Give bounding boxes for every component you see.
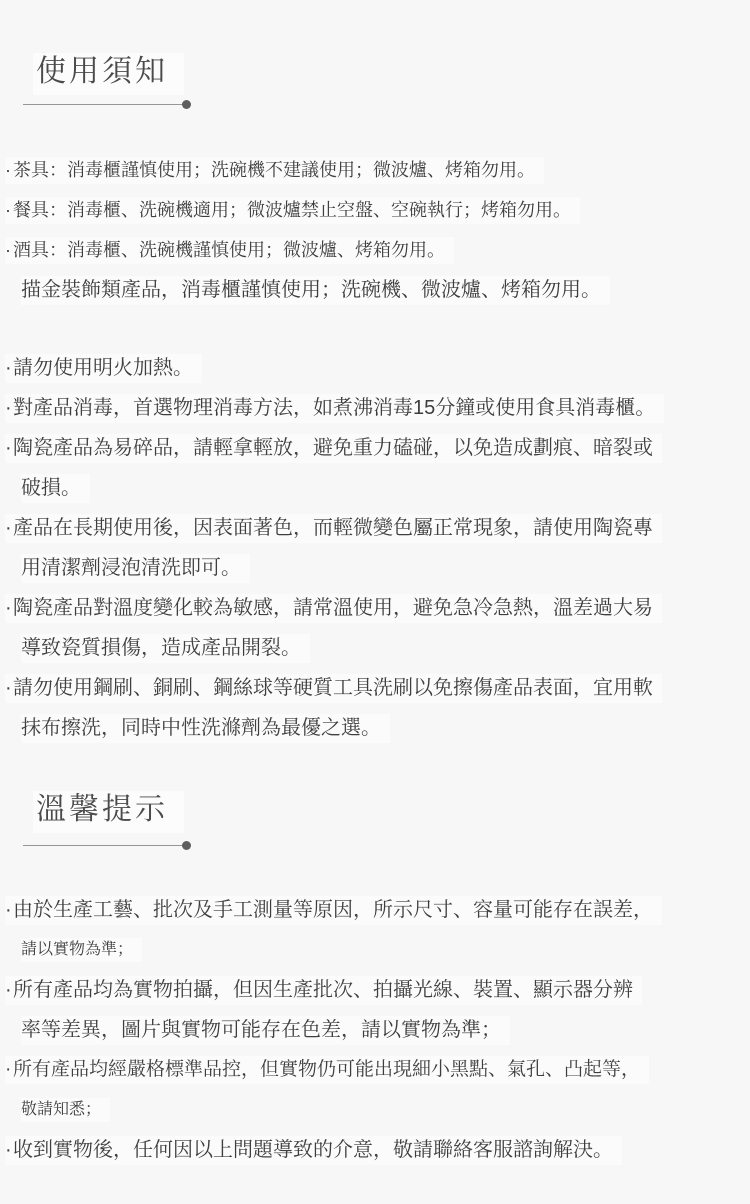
notice-text: 對產品消毒，首選物理消毒方法，如煮沸消毒15分鐘或使用食具消毒櫃。 [13, 397, 655, 419]
notice-line-temperature-cont: 導致瓷質損傷，造成產品開裂。 [0, 628, 750, 668]
notice-text: 陶瓷產品為易碎品，請輕拿輕放，避免重力磕碰，以免造成劃痕、暗裂或 [13, 437, 653, 459]
tips-section-title: 溫馨提示 [33, 791, 184, 833]
tip-line-quality-control: ·所有產品均經嚴格標準品控，但實物仍可能出現細小黑點、氣孔、凸起等， [0, 1050, 750, 1090]
tip-line-size-tolerance: ·由於生產工藝、批次及手工測量等原因，所示尺寸、容量可能存在誤差， [0, 890, 750, 930]
notice-text: 酒具：消毒櫃、洗碗機謹慎使用；微波爐、烤箱勿用。 [13, 240, 445, 260]
tip-line-color-difference: ·所有產品均為實物拍攝，但因生產批次、拍攝光線、裝置、顯示器分辨 [0, 970, 750, 1010]
notice-line-fragile: ·陶瓷產品為易碎品，請輕拿輕放，避免重力磕碰，以免造成劃痕、暗裂或 [0, 428, 750, 468]
notice-line-disinfection: ·對產品消毒，首選物理消毒方法，如煮沸消毒15分鐘或使用食具消毒櫃。 [0, 388, 750, 428]
general-care-group: ·請勿使用明火加熱。 ·對產品消毒，首選物理消毒方法，如煮沸消毒15分鐘或使用食… [0, 348, 750, 748]
notice-line-temperature: ·陶瓷產品對溫度變化較為敏感，請常溫使用，避免急冷急熱，溫差過大易 [0, 588, 750, 628]
underline-end-dot [182, 841, 191, 850]
notice-text: 請勿使用鋼刷、銅刷、鋼絲球等硬質工具洗刷以免擦傷產品表面，宜用軟 [13, 677, 653, 699]
bullet-dot: · [5, 588, 13, 628]
tip-text: 所有產品均為實物拍攝，但因生產批次、拍攝光線、裝置、顯示器分辨 [13, 979, 633, 1001]
tip-text: 請以實物為準； [21, 941, 133, 958]
notice-line-no-hard-brush-cont: 抹布擦洗，同時中性洗滌劑為最優之選。 [0, 708, 750, 748]
notice-line-no-hard-brush: ·請勿使用鋼刷、銅刷、鋼絲球等硬質工具洗刷以免擦傷產品表面，宜用軟 [0, 668, 750, 708]
usage-section-title: 使用須知 [33, 53, 184, 95]
product-care-notice-page: 使用須知 ·茶具：消毒櫃謹慎使用；洗碗機不建議使用；微波爐、烤箱勿用。 ·餐具：… [0, 0, 750, 1204]
bullet-dot: · [5, 668, 13, 708]
tip-text: 所有產品均經嚴格標準品控，但實物仍可能出現細小黑點、氣孔、凸起等， [13, 1059, 640, 1080]
bullet-dot: · [5, 428, 13, 468]
tip-text: 收到實物後，任何因以上問題導致的介意，敬請聯絡客服諮詢解決。 [13, 1139, 613, 1161]
bullet-dot: · [5, 348, 13, 388]
bullet-dot: · [5, 230, 13, 270]
tip-line-color-difference-cont: 率等差異，圖片與實物可能存在色差，請以實物為準； [0, 1010, 750, 1050]
bullet-dot: · [5, 190, 13, 230]
bullet-dot: · [5, 1050, 13, 1090]
notice-line-fragile-cont: 破損。 [0, 468, 750, 508]
underline-line [23, 104, 183, 105]
tips-group: ·由於生產工藝、批次及手工測量等原因，所示尺寸、容量可能存在誤差， 請以實物為準… [0, 890, 750, 1170]
notice-text: 破損。 [21, 477, 81, 499]
section-usage-notice: 使用須知 ·茶具：消毒櫃謹慎使用；洗碗機不建議使用；微波爐、烤箱勿用。 ·餐具：… [0, 53, 750, 748]
notice-line-drinkware: ·酒具：消毒櫃、洗碗機謹慎使用；微波爐、烤箱勿用。 [0, 230, 750, 270]
tip-line-quality-control-cont: 敬請知悉； [0, 1090, 750, 1130]
notice-text: 茶具：消毒櫃謹慎使用；洗碗機不建議使用；微波爐、烤箱勿用。 [13, 160, 535, 180]
section-warm-tips: 溫馨提示 ·由於生產工藝、批次及手工測量等原因，所示尺寸、容量可能存在誤差， 請… [0, 791, 750, 1170]
bullet-dot: · [5, 890, 13, 930]
notice-text: 抹布擦洗，同時中性洗滌劑為最優之選。 [21, 717, 381, 739]
usage-section-header: 使用須知 [0, 53, 750, 109]
tips-title-underline [23, 841, 191, 850]
bullet-dot: · [5, 150, 13, 190]
tips-section-header: 溫馨提示 [0, 791, 750, 850]
notice-text: 餐具：消毒櫃、洗碗機適用；微波爐禁止空盤、空碗執行；烤箱勿用。 [13, 200, 571, 220]
tip-line-size-tolerance-cont: 請以實物為準； [0, 930, 750, 970]
bullet-dot: · [5, 388, 13, 428]
appliance-guidelines-group: ·茶具：消毒櫃謹慎使用；洗碗機不建議使用；微波爐、烤箱勿用。 ·餐具：消毒櫃、洗… [0, 150, 750, 310]
notice-line-teaware: ·茶具：消毒櫃謹慎使用；洗碗機不建議使用；微波爐、烤箱勿用。 [0, 150, 750, 190]
underline-end-dot [182, 100, 191, 109]
notice-line-discoloration: ·產品在長期使用後，因表面著色，而輕微變色屬正常現象，請使用陶瓷專 [0, 508, 750, 548]
tip-text: 由於生產工藝、批次及手工測量等原因，所示尺寸、容量可能存在誤差， [13, 899, 653, 921]
notice-text: 導致瓷質損傷，造成產品開裂。 [21, 637, 301, 659]
tip-line-contact-support: ·收到實物後，任何因以上問題導致的介意，敬請聯絡客服諮詢解決。 [0, 1130, 750, 1170]
notice-text: 產品在長期使用後，因表面著色，而輕微變色屬正常現象，請使用陶瓷專 [13, 517, 653, 539]
notice-text: 請勿使用明火加熱。 [13, 357, 193, 379]
notice-text: 陶瓷產品對溫度變化較為敏感，請常溫使用，避免急冷急熱，溫差過大易 [13, 597, 653, 619]
notice-line-discoloration-cont: 用清潔劑浸泡清洗即可。 [0, 548, 750, 588]
notice-line-tableware: ·餐具：消毒櫃、洗碗機適用；微波爐禁止空盤、空碗執行；烤箱勿用。 [0, 190, 750, 230]
bullet-dot: · [5, 1130, 13, 1170]
bullet-dot: · [5, 970, 13, 1010]
usage-title-underline [23, 100, 191, 109]
tip-text: 敬請知悉； [21, 1101, 101, 1118]
tip-text: 率等差異，圖片與實物可能存在色差，請以實物為準； [21, 1019, 501, 1041]
underline-line [23, 845, 183, 846]
notice-line-no-open-flame: ·請勿使用明火加熱。 [0, 348, 750, 388]
notice-line-gilded: 描金裝飾類產品，消毒櫃謹慎使用；洗碗機、微波爐、烤箱勿用。 [0, 270, 750, 310]
notice-text: 用清潔劑浸泡清洗即可。 [21, 557, 241, 579]
bullet-dot: · [5, 508, 13, 548]
notice-text: 描金裝飾類產品，消毒櫃謹慎使用；洗碗機、微波爐、烤箱勿用。 [21, 279, 601, 301]
